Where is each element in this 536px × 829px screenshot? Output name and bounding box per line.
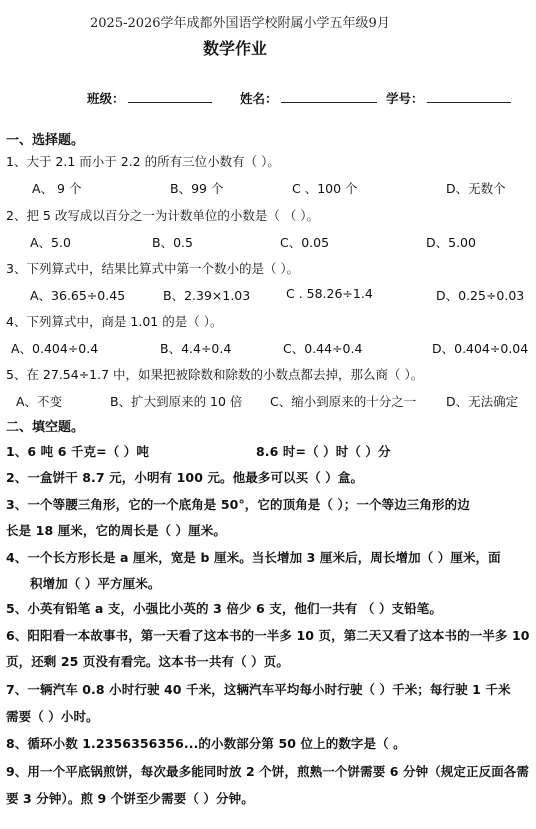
q1-option-d: D、无数个 [446,179,506,197]
q5-option-d: D、无法确定 [446,392,518,410]
q2-option-c: C、0.05 [280,233,329,251]
question-4: 4、下列算式中，商是 1.01 的是（ ）。 [6,312,222,330]
fill-5: 5、小英有铅笔 a 支，小强比小英的 3 倍少 6 支，他们一共有 （ ）支铅笔… [6,599,442,617]
fill-9-line1: 9、用一个平底锅煎饼，每次最多能同时放 2 个饼，煎熟一个饼需要 6 分钟（规定… [6,762,529,780]
page-title: 数学作业 [203,36,267,59]
fill-2: 2、一盒饼干 8.7 元，小明有 100 元。他最多可以买（ ）盒。 [6,468,363,486]
fill-1a: 1、6 吨 6 千克=（ ）吨 [6,442,149,460]
q1-option-c: C 、100 个 [292,179,358,197]
fill-9-line2: 要 3 分钟）。煎 9 个饼至少需要（ ）分钟。 [6,789,254,807]
q4-option-c: C、0.44÷0.4 [283,339,362,357]
name-field: 姓名： [240,89,377,107]
fill-3-line2: 长是 18 厘米，它的周长是（ ）厘米。 [6,521,226,539]
section-choice-title: 一、选择题。 [6,129,84,148]
class-blank[interactable] [128,91,212,103]
question-1: 1、大于 2.1 而小于 2.2 的所有三位小数有（ ）。 [6,152,280,170]
q2-option-b: B、0.5 [152,233,193,251]
q3-option-c: C . 58.26÷1.4 [286,286,373,301]
fill-7-line2: 需要（ ）小时。 [6,707,99,725]
q2-option-a: A、5.0 [30,233,71,251]
q5-option-b: B、扩大到原来的 10 倍 [110,392,242,410]
fill-7-line1: 7、一辆汽车 0.8 小时行驶 40 千米，这辆汽车平均每小时行驶（ ）千米；每… [6,680,511,698]
class-label: 班级： [87,91,125,106]
section-fill-title: 二、填空题。 [6,416,84,435]
q3-option-d: D、0.25÷0.03 [436,286,524,304]
q3-option-b: B、2.39×1.03 [163,286,250,304]
name-blank[interactable] [281,91,377,103]
q1-option-b: B、99 个 [170,179,223,197]
fill-4-line1: 4、一个长方形长是 a 厘米，宽是 b 厘米。当长增加 3 厘米后，周长增加（ … [6,548,501,566]
q2-option-d: D、5.00 [426,233,476,251]
question-2: 2、把 5 改写成以百分之一为计数单位的小数是（ （ ）。 [6,206,319,224]
q1-option-a: A、 9 个 [32,179,81,197]
fill-3-line1: 3、一个等腰三角形，它的一个底角是 50°，它的顶角是（ ）；一个等边三角形的边 [6,495,470,513]
fill-1b: 8.6 时=（ ）时（ ）分 [256,442,391,460]
student-id-label: 学号： [386,91,424,106]
q4-option-a: A、0.404÷0.4 [11,339,98,357]
student-id-field: 学号： [386,89,511,107]
fill-8: 8、循环小数 1.2356356356...的小数部分第 50 位上的数字是（ … [6,734,406,752]
q5-option-c: C、缩小到原来的十分之一 [270,392,416,410]
q4-option-b: B、4.4÷0.4 [160,339,231,357]
name-label: 姓名： [240,91,278,106]
fill-4-line2: 积增加（ ）平方厘米。 [30,574,160,592]
q5-option-a: A、不变 [16,392,62,410]
school-header: 2025-2026学年成都外国语学校附属小学五年级9月 [90,12,390,31]
q3-option-a: A、36.65÷0.45 [30,286,125,304]
class-field: 班级： [87,89,212,107]
student-id-blank[interactable] [427,91,511,103]
q4-option-d: D、0.404÷0.04 [432,339,528,357]
fill-6-line1: 6、阳阳看一本故事书，第一天看了这本书的一半多 10 页，第二天又看了这本书的一… [6,626,530,644]
fill-6-line2: 页，还剩 25 页没有看完。这本书一共有（ ）页。 [6,652,289,670]
question-3: 3、下列算式中，结果比算式中第一个数小的是（ ）。 [6,259,299,277]
question-5: 5、在 27.54÷1.7 中，如果把被除数和除数的小数点都去掉，那么商（ ）。 [6,365,423,383]
